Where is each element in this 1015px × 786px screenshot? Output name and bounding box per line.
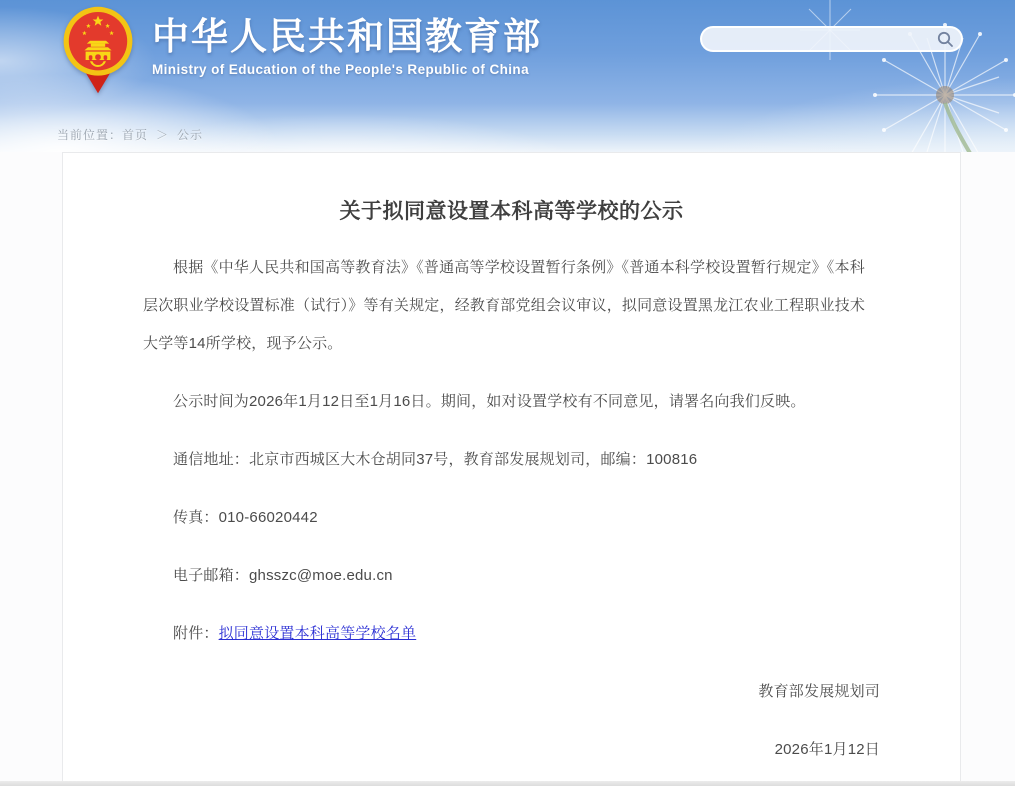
page-bottom-edge <box>0 781 1015 786</box>
article-date: 2026年1月12日 <box>143 731 880 769</box>
article-signature: 教育部发展规划司 <box>143 673 880 711</box>
site-subtitle-en: Ministry of Education of the People's Re… <box>152 62 542 77</box>
breadcrumb-prefix: 当前位置： <box>57 128 122 142</box>
page-body: 关于拟同意设置本科高等学校的公示 根据《中华人民共和国高等教育法》《普通高等学校… <box>0 152 1015 786</box>
china-national-emblem-icon <box>58 4 138 96</box>
brand-text: 中华人民共和国教育部 Ministry of Education of the … <box>152 4 542 77</box>
paragraph-public-period: 公示时间为2026年1月12日至1月16日。期间，如对设置学校有不同意见，请署名… <box>143 383 880 421</box>
dandelion-decoration <box>775 0 1015 152</box>
attachment-link[interactable]: 拟同意设置本科高等学校名单 <box>219 625 417 642</box>
paragraph-email: 电子邮箱：ghsszc@moe.edu.cn <box>143 557 880 595</box>
breadcrumb-current-link[interactable]: 公示 <box>177 128 203 142</box>
search-button[interactable] <box>931 28 959 50</box>
search-icon <box>936 30 954 48</box>
paragraph-attachment: 附件：拟同意设置本科高等学校名单 <box>143 615 880 653</box>
paragraph-basis: 根据《中华人民共和国高等教育法》《普通高等学校设置暂行条例》《普通本科学校设置暂… <box>143 249 880 363</box>
announcement-panel: 关于拟同意设置本科高等学校的公示 根据《中华人民共和国高等教育法》《普通高等学校… <box>62 152 961 786</box>
paragraph-mail-address: 通信地址：北京市西城区大木仓胡同37号，教育部发展规划司，邮编：100816 <box>143 441 880 479</box>
breadcrumb: 当前位置：首页＞公示 <box>57 126 203 143</box>
site-header: 中华人民共和国教育部 Ministry of Education of the … <box>0 0 1015 152</box>
site-brand: 中华人民共和国教育部 Ministry of Education of the … <box>58 4 542 96</box>
search-box <box>700 26 963 52</box>
breadcrumb-home-link[interactable]: 首页 <box>122 128 148 142</box>
search-input[interactable] <box>702 28 931 50</box>
attachment-label: 附件： <box>173 625 219 642</box>
article-title: 关于拟同意设置本科高等学校的公示 <box>143 197 880 227</box>
breadcrumb-separator-icon: ＞ <box>156 128 169 142</box>
paragraph-fax: 传真：010-66020442 <box>143 499 880 537</box>
site-title: 中华人民共和国教育部 <box>152 16 542 59</box>
